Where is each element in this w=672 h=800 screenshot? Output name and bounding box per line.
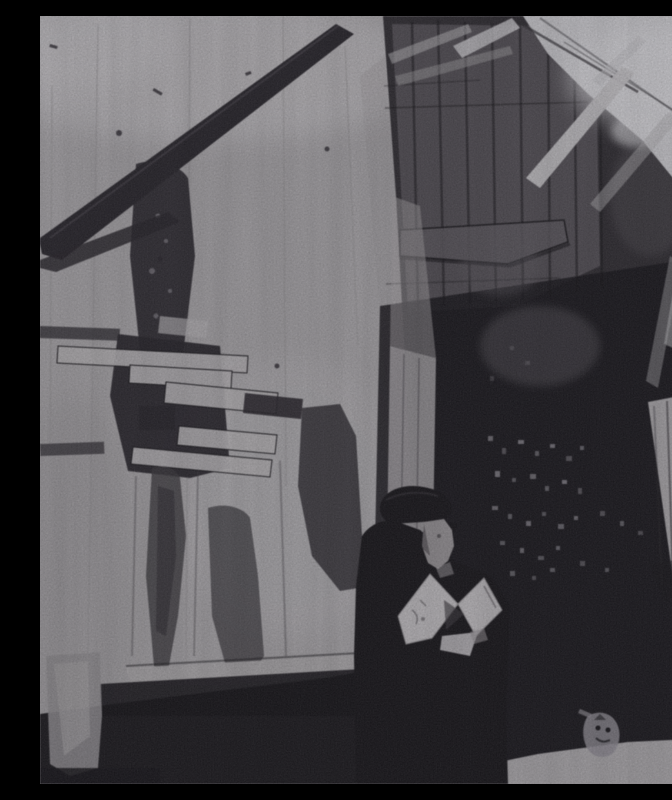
- film-grain: [40, 16, 672, 784]
- photograph: [40, 16, 672, 784]
- grain-light: [40, 16, 672, 784]
- photo-canvas: [40, 16, 672, 784]
